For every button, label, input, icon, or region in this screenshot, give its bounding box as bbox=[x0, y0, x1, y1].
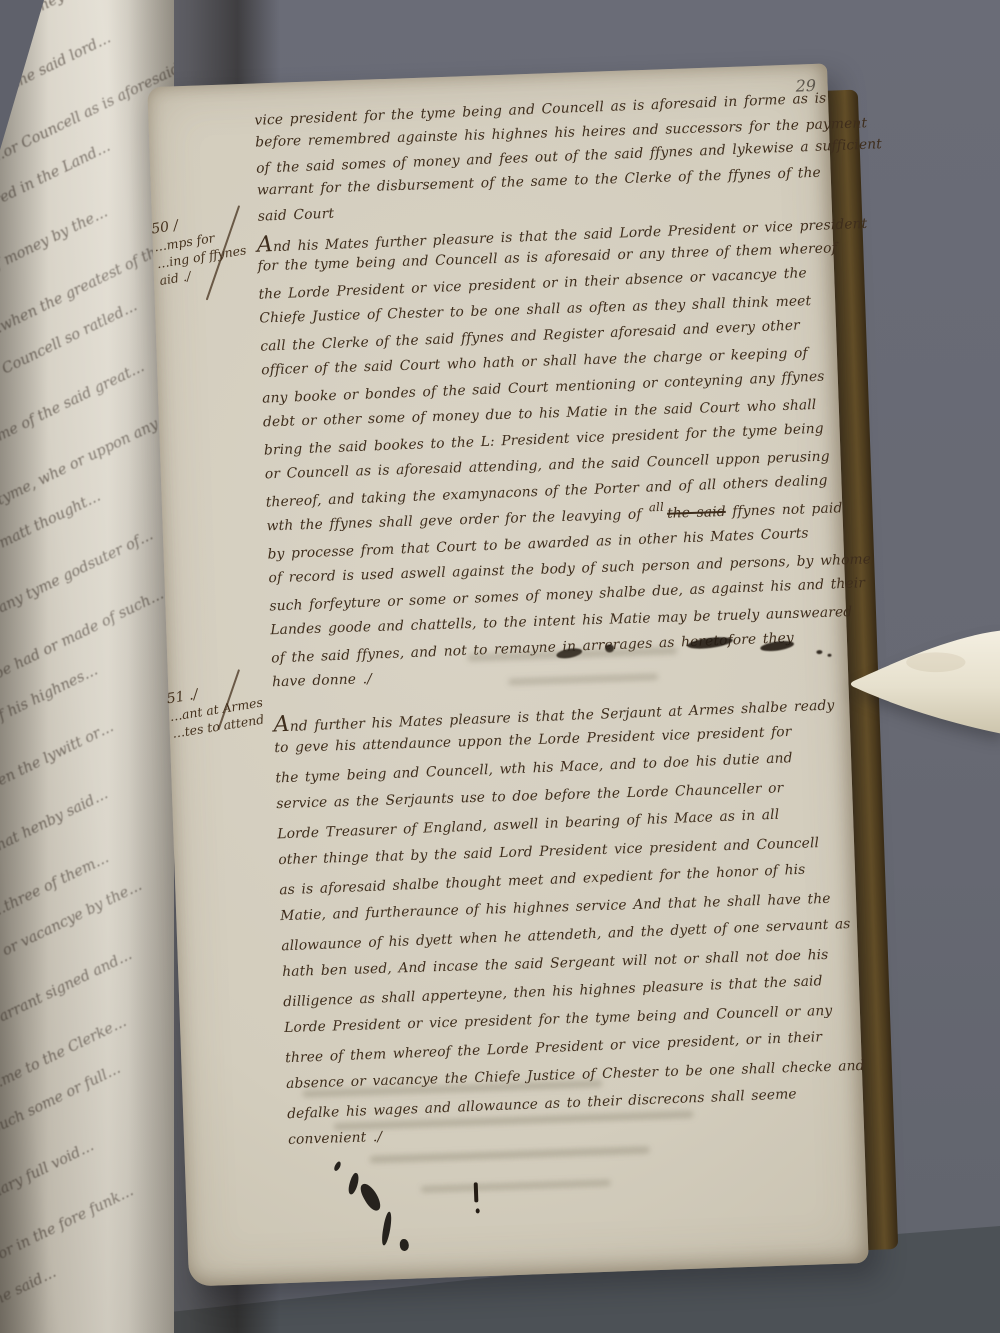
paragraph-2: And his Mates further pleasure is that t… bbox=[256, 213, 850, 701]
interlined-insertion: all bbox=[649, 500, 664, 514]
tear-hole bbox=[333, 1161, 342, 1172]
tear-hole bbox=[358, 1181, 384, 1213]
facing-page-fragment: …me to the Clerke… bbox=[0, 1014, 129, 1095]
facing-page-fragment: …by the said… bbox=[0, 1265, 59, 1327]
facing-page-fragment: …of money by the… bbox=[0, 204, 110, 283]
show-through-mark bbox=[421, 1180, 611, 1193]
marginal-note-51: 51 ./ …ant at Armes …tes to attend bbox=[166, 675, 277, 742]
tear-hole bbox=[347, 1172, 361, 1195]
facing-page-fragment: …or in the fore funk… bbox=[0, 1183, 136, 1269]
bone-folder-tool bbox=[842, 620, 1000, 744]
facing-page-fragment: …that henby said… bbox=[0, 786, 111, 863]
tear-hole bbox=[380, 1211, 393, 1246]
manuscript-photograph: …rowing to or re……as he or they shalbe……… bbox=[0, 0, 1000, 1333]
paragraph-1: vice president for the tyme being and Co… bbox=[254, 91, 836, 231]
tear-hole bbox=[400, 1239, 409, 1251]
manuscript-page: 29 vice president for the tyme being and… bbox=[147, 63, 868, 1286]
facing-page-fragment: …shary full void… bbox=[0, 1138, 97, 1211]
struck-through-text: the said bbox=[667, 504, 726, 522]
facing-page: …rowing to or re……as he or they shalbe……… bbox=[0, 0, 174, 1333]
ink-dot-mark bbox=[476, 1208, 480, 1213]
marginal-note-50: 50 / …mps for …ing of ffynes aid ./ bbox=[150, 206, 263, 289]
ink-stroke-mark bbox=[474, 1182, 479, 1202]
